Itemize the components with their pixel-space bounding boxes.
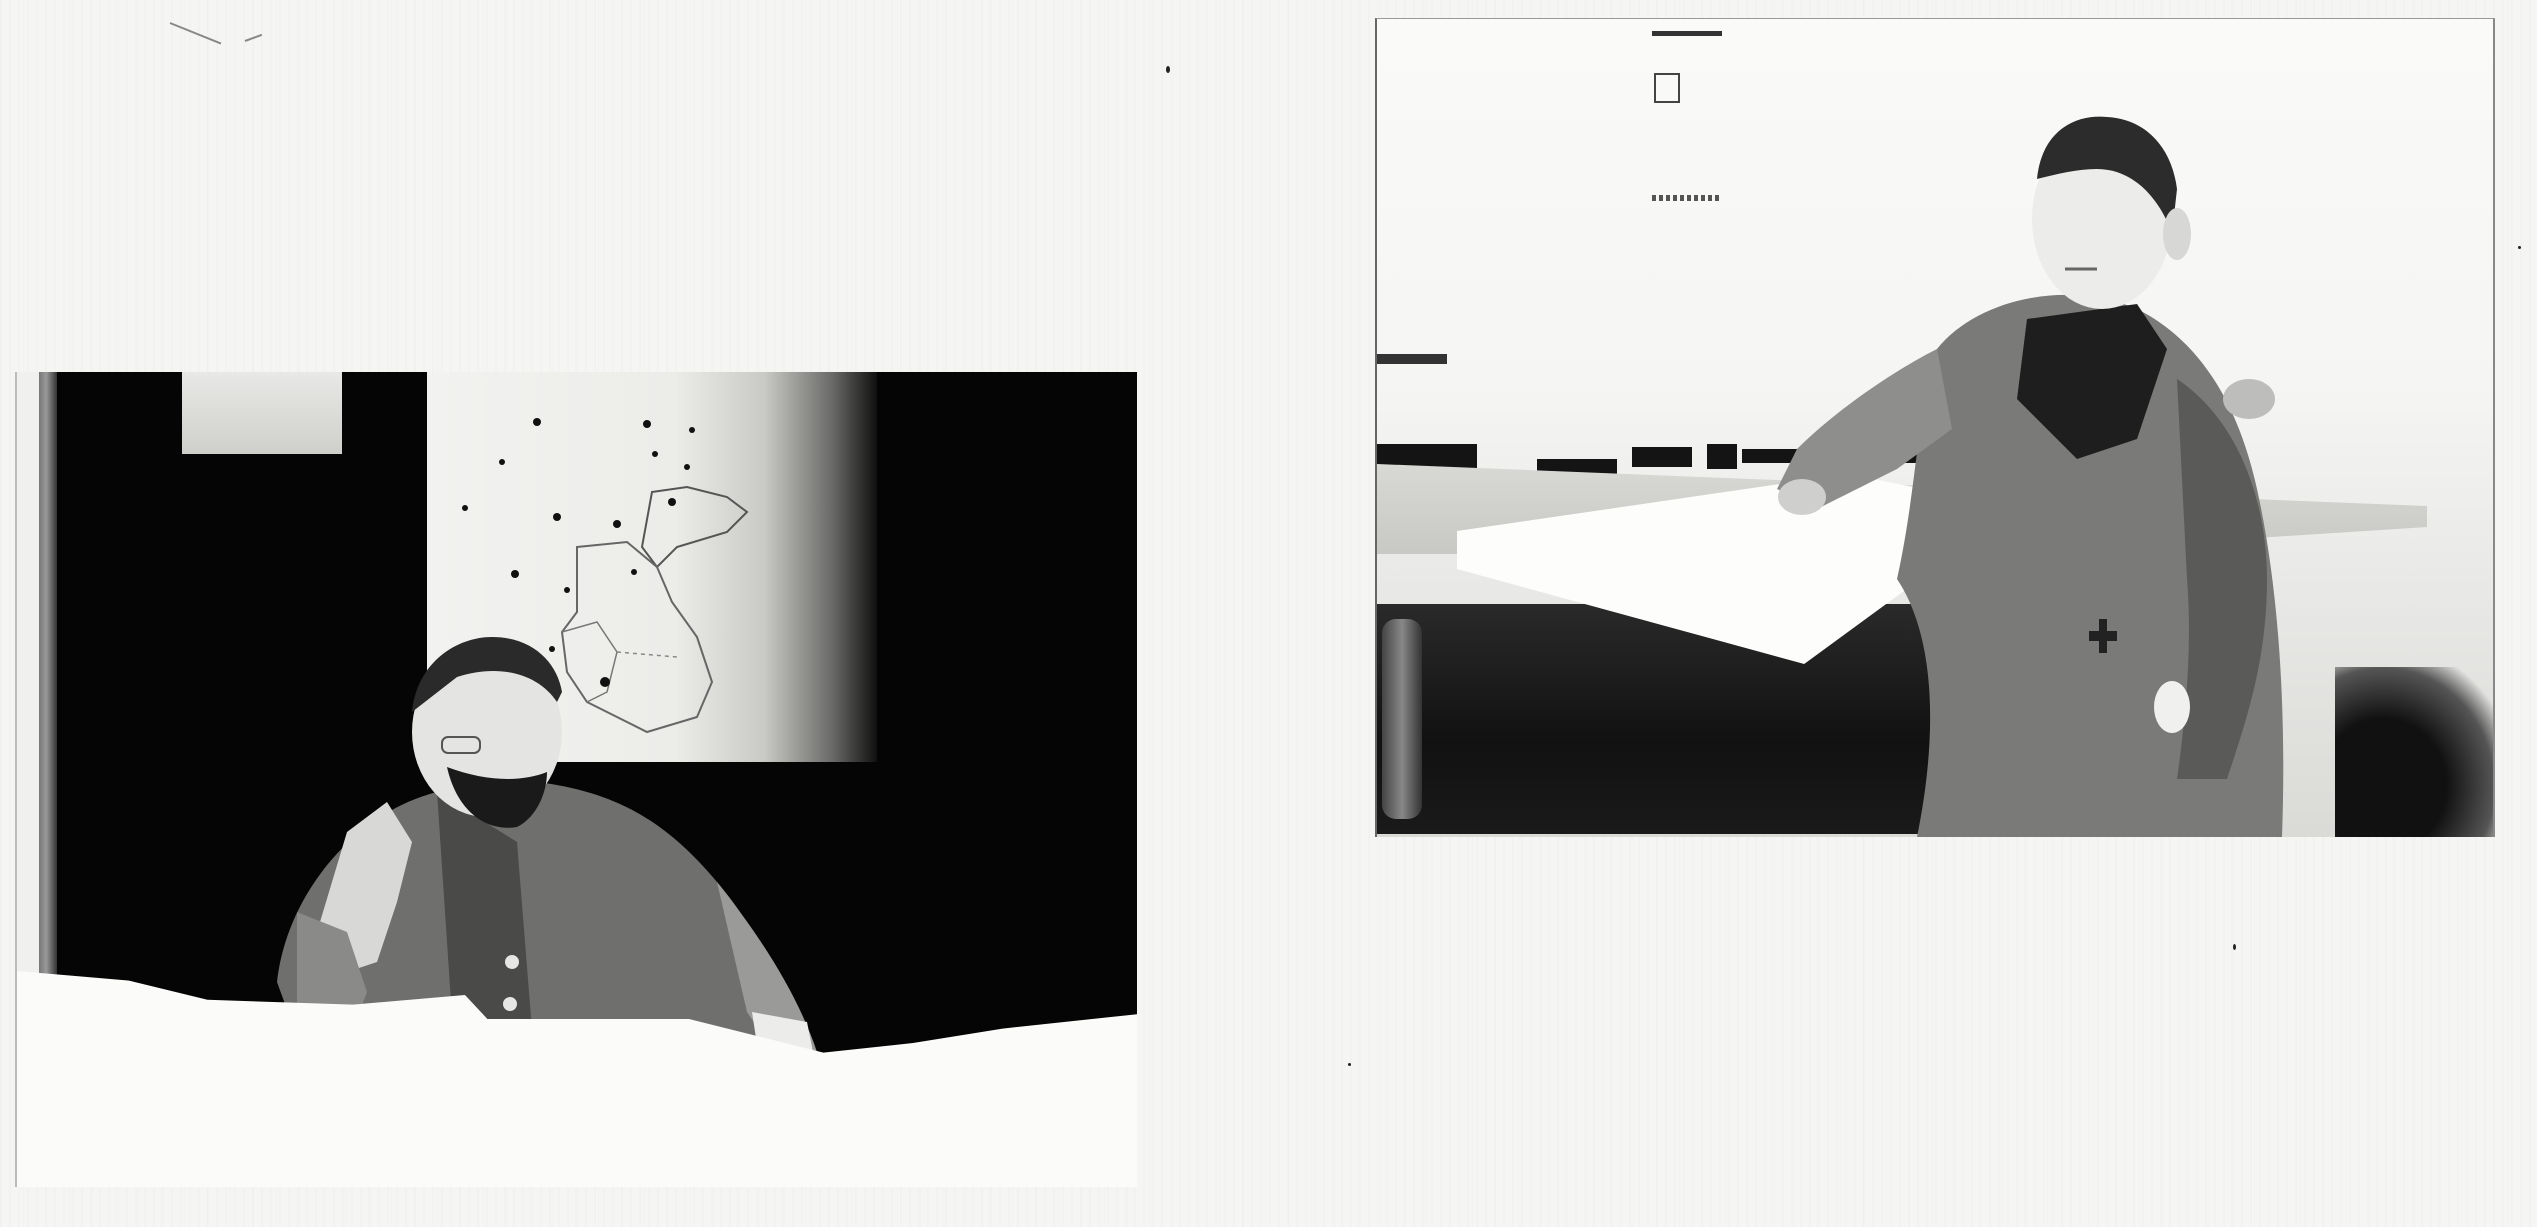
page-speck [1348, 1063, 1351, 1066]
young-officer-figure [1377, 19, 2495, 837]
page-speck [1166, 66, 1170, 73]
photo-seated-officer-with-map [15, 372, 1137, 1187]
photo-edge [2493, 19, 2495, 837]
chair [2335, 667, 2495, 837]
page-speck [2233, 944, 2236, 950]
photo-young-officer-at-desk [1375, 18, 2495, 837]
page-speck [2518, 246, 2521, 249]
